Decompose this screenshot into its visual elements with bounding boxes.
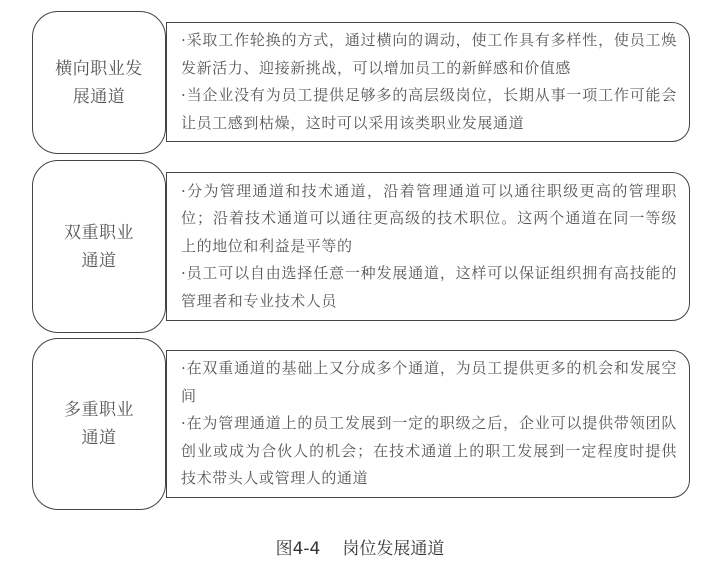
content-box-horizontal: ·采取工作轮换的方式，通过横向的调动，使工作具有多样性，使员工焕发新活力、迎接新… (166, 22, 690, 142)
label-multiple-career-path: 多重职业 通道 (49, 396, 149, 452)
figure-number: 图4-4 (276, 539, 321, 559)
label-box-horizontal: 横向职业发 展通道 (32, 11, 166, 154)
label-line: 展通道 (49, 83, 149, 111)
content-box-multiple: ·在双重通道的基础上又分成多个通道，为员工提供更多的机会和发展空间 ·在为管理通… (166, 350, 690, 498)
label-line: 多重职业 (49, 396, 149, 424)
label-line: 横向职业发 (49, 55, 149, 83)
content-box-dual: ·分为管理通道和技术通道，沿着管理通道可以通往职级更高的管理职位；沿着技术通道可… (166, 172, 690, 321)
label-horizontal-career-path: 横向职业发 展通道 (49, 55, 149, 111)
label-dual-career-path: 双重职业 通道 (49, 219, 149, 275)
bullet-point: ·采取工作轮换的方式，通过横向的调动，使工作具有多样性，使员工焕发新活力、迎接新… (181, 27, 677, 82)
label-box-dual: 双重职业 通道 (32, 160, 166, 333)
bullet-point: ·在为管理通道上的员工发展到一定的职级之后，企业可以提供带领团队创业或成为合伙人… (181, 410, 677, 493)
figure-caption: 图4-4岗位发展通道 (0, 534, 720, 559)
label-line: 通道 (49, 247, 149, 275)
label-line: 双重职业 (49, 219, 149, 247)
label-box-multiple: 多重职业 通道 (32, 338, 166, 510)
bullet-point: ·分为管理通道和技术通道，沿着管理通道可以通往职级更高的管理职位；沿着技术通道可… (181, 178, 677, 261)
figure-title: 岗位发展通道 (342, 539, 444, 559)
bullet-point: ·员工可以自由选择任意一种发展通道，这样可以保证组织拥有高技能的管理者和专业技术… (181, 260, 677, 315)
bullet-point: ·在双重通道的基础上又分成多个通道，为员工提供更多的机会和发展空间 (181, 355, 677, 410)
label-line: 通道 (49, 424, 149, 452)
bullet-point: ·当企业没有为员工提供足够多的高层级岗位，长期从事一项工作可能会让员工感到枯燥，… (181, 82, 677, 137)
